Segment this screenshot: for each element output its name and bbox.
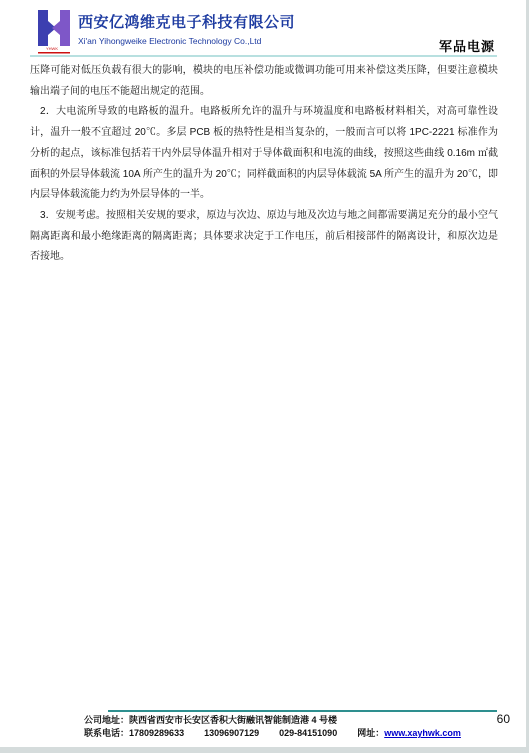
company-logo-icon: YHWK [36,9,72,56]
website-label: 网址： [357,728,384,738]
paragraph-3: 3．安规考虑。按照相关安规的要求，原边与次边、原边与地及次边与地之间都需要满足充… [30,206,498,268]
doc-category-label: 军品电源 [439,36,495,55]
header-divider [30,55,497,57]
paragraph-1: 压降可能对低压负载有很大的影响，模块的电压补偿功能或微调功能可用来补偿这类压降，… [30,61,498,102]
phone-number-3: 029-84151090 [279,727,337,740]
page-number: 60 [497,712,510,726]
company-name-en: Xi'an Yihongweike Electronic Technology … [78,36,295,46]
phone-number-1: 17809289633 [129,727,184,740]
header-titles: 西安亿鸿维克电子科技有限公司 Xi'an Yihongweike Electro… [78,11,295,46]
footer: 公司地址：陕西省西安市长安区香积大街融讯智能制造港 4 号楼 联系电话：1780… [84,714,461,740]
company-address: 公司地址：陕西省西安市长安区香积大街融讯智能制造港 4 号楼 [84,715,337,725]
footer-divider [108,710,497,712]
document-body: 压降可能对低压负载有很大的影响，模块的电压补偿功能或微调功能可用来补偿这类压降，… [30,61,498,268]
footer-contact-line: 联系电话：1780928963313096907129029-84151090网… [84,727,461,740]
website-link[interactable]: www.xayhwk.com [384,728,461,738]
paragraph-2: 2．大电流所导致的电路板的温升。电路板所允许的温升与环境温度和电路板材料相关，对… [30,102,498,206]
document-page: YHWK 西安亿鸿维克电子科技有限公司 Xi'an Yihongweike El… [0,0,526,747]
company-name-zh: 西安亿鸿维克电子科技有限公司 [78,11,295,32]
footer-address-line: 公司地址：陕西省西安市长安区香积大街融讯智能制造港 4 号楼 [84,714,461,727]
logo-text: YHWK [46,46,58,51]
phone-number-2: 13096907129 [204,727,259,740]
page-header: YHWK 西安亿鸿维克电子科技有限公司 Xi'an Yihongweike El… [30,7,497,55]
phone-label: 联系电话： [84,728,129,738]
